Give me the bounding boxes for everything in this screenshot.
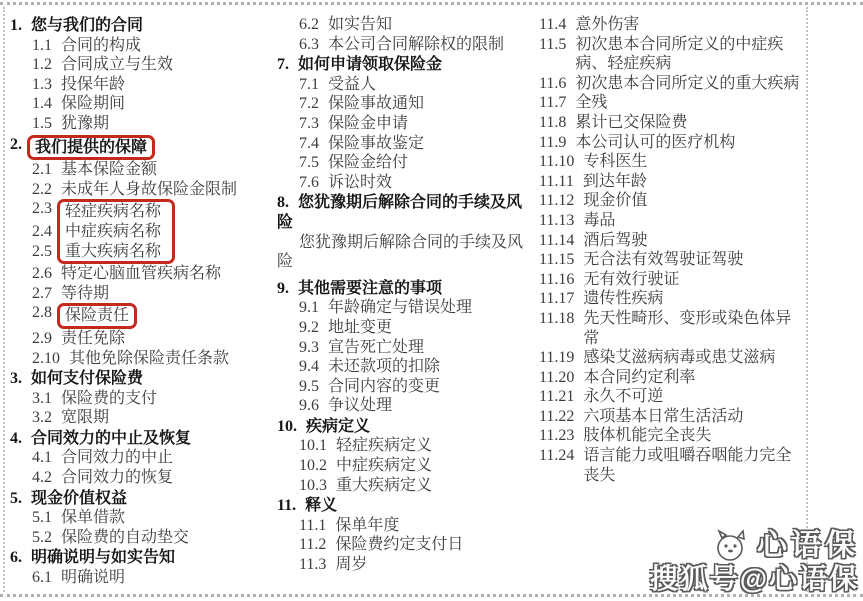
toc-item-text: 您与我们的合同 bbox=[31, 16, 277, 36]
toc-item-number: 1.1 bbox=[32, 36, 52, 56]
toc-item-number: 2.4 bbox=[32, 222, 52, 242]
toc-item-text: 您犹豫期后解除合同的手续及风险 bbox=[277, 234, 523, 271]
toc-section-header: 6.明确说明与如实告知 bbox=[10, 548, 277, 568]
toc-section-header: 1.您与我们的合同 bbox=[10, 16, 277, 36]
toc-item-number: 11.20 bbox=[539, 368, 574, 388]
toc-item-number: 10.3 bbox=[299, 476, 327, 496]
toc-item-text: 无有效行驶证 bbox=[583, 270, 803, 290]
toc-item-number: 7.4 bbox=[299, 134, 319, 154]
toc-item-text: 合同成立与生效 bbox=[61, 55, 277, 75]
toc-item-number: 11.19 bbox=[539, 348, 574, 368]
toc-item: 4.2合同效力的恢复 bbox=[10, 468, 277, 488]
toc-item-number: 2.5 bbox=[32, 242, 52, 262]
toc-section-header: 9.其他需要注意的事项 bbox=[277, 279, 537, 299]
toc-item-number: 7.5 bbox=[299, 153, 319, 173]
toc-item-text: 酒后驾驶 bbox=[583, 231, 803, 251]
toc-item-number: 5.2 bbox=[32, 528, 52, 548]
page-border-right bbox=[806, 7, 808, 592]
toc-item-number: 5. bbox=[10, 489, 22, 509]
toc-item-text: 专科医生 bbox=[583, 152, 803, 172]
toc-item-number: 11.22 bbox=[539, 407, 574, 427]
toc-item: 3.2宽限期 bbox=[10, 408, 277, 428]
toc-section-header: 5.现金价值权益 bbox=[10, 489, 277, 509]
toc-item-text: 其他需要注意的事项 bbox=[298, 279, 537, 299]
toc-item-text: 现金价值 bbox=[583, 191, 803, 211]
toc-item-text: 疾病定义 bbox=[306, 417, 537, 437]
toc-item-text: 合同效力的恢复 bbox=[61, 468, 277, 488]
toc-item-text: 先天性畸形、变形或染色体异常 bbox=[583, 309, 803, 348]
toc-item-number: 8. bbox=[277, 194, 289, 211]
toc-item: 11.22六项基本日常生活活动 bbox=[537, 407, 803, 427]
toc-item: 9.2地址变更 bbox=[277, 318, 537, 338]
toc-item-number: 11.13 bbox=[539, 211, 574, 231]
toc-item-text: 如何支付保险费 bbox=[31, 369, 277, 389]
toc-item-number: 1.5 bbox=[32, 114, 52, 134]
toc-item-text: 初次患本合同所定义的重大疾病 bbox=[575, 74, 803, 94]
toc-paragraph: 您犹豫期后解除合同的手续及风险 bbox=[277, 233, 537, 272]
toc-item-text-highlighted: 我们提供的保障 bbox=[27, 135, 155, 161]
toc-section-header: 7.如何申请领取保险金 bbox=[277, 55, 537, 75]
toc-item: 3.1保险费的支付 bbox=[10, 389, 277, 409]
toc-item: 9.4未还款项的扣除 bbox=[277, 357, 537, 377]
toc-item-text: 等待期 bbox=[61, 284, 277, 304]
toc-item-number: 7. bbox=[277, 55, 289, 75]
toc-item-text: 初次患本合同所定义的中症疾病、轻症疾病 bbox=[575, 35, 803, 74]
watermark-brand-text: 心语保 bbox=[757, 531, 859, 561]
page-border-top bbox=[0, 2, 863, 5]
toc-column-1: 1.您与我们的合同1.1合同的构成1.2合同成立与生效1.3投保年龄1.4保险期… bbox=[10, 15, 277, 588]
toc-item-number: 2.2 bbox=[32, 180, 52, 200]
toc-item: 2.5重大疾病名称 bbox=[10, 242, 277, 265]
toc-item: 1.2合同成立与生效 bbox=[10, 55, 277, 75]
toc-item-number: 7.1 bbox=[299, 75, 319, 95]
toc-item-text: 如实告知 bbox=[328, 15, 537, 35]
toc-item-text: 特定心脑血管疾病名称 bbox=[61, 264, 277, 284]
toc-item-number: 11.8 bbox=[539, 113, 566, 133]
toc-item-number: 11.3 bbox=[299, 555, 326, 575]
toc-item-text: 累计已交保险费 bbox=[575, 113, 803, 133]
toc-item-number: 10. bbox=[277, 417, 297, 437]
toc-item-text: 未还款项的扣除 bbox=[328, 357, 537, 377]
toc-item-number: 11.16 bbox=[539, 270, 574, 290]
toc-item-number: 11.24 bbox=[539, 446, 574, 466]
toc-item-number: 9.1 bbox=[299, 298, 319, 318]
toc-item-number: 1.3 bbox=[32, 75, 52, 95]
toc-item: 2.1基本保险金额 bbox=[10, 160, 277, 180]
toc-item: 2.7等待期 bbox=[10, 284, 277, 304]
toc-item-number: 11.10 bbox=[539, 152, 574, 172]
toc-item-number: 9.3 bbox=[299, 338, 319, 358]
toc-item-text: 保险费的自动垫交 bbox=[61, 528, 277, 548]
toc-item-number: 2. bbox=[10, 135, 22, 155]
toc-item-number: 9.5 bbox=[299, 377, 319, 397]
toc-item: 6.2如实告知 bbox=[277, 15, 537, 35]
toc-item-text: 中症疾病定义 bbox=[336, 456, 537, 476]
toc-item: 11.5初次患本合同所定义的中症疾病、轻症疾病 bbox=[537, 35, 803, 74]
toc-column-2: 6.2如实告知6.3本公司合同解除权的限制7.如何申请领取保险金7.1受益人7.… bbox=[277, 15, 537, 588]
toc-item-number: 3.2 bbox=[32, 408, 52, 428]
toc-item: 1.1合同的构成 bbox=[10, 36, 277, 56]
toc-item-text: 合同的构成 bbox=[61, 36, 277, 56]
toc-item-text: 保单借款 bbox=[61, 508, 277, 528]
toc-item-text: 本公司认可的医疗机构 bbox=[575, 133, 803, 153]
watermark-source-text: 搜狐号@心语保 bbox=[650, 563, 859, 595]
toc-item: 2.2未成年人身故保险金限制 bbox=[10, 180, 277, 200]
toc-item-number: 9.4 bbox=[299, 357, 319, 377]
toc-item-number: 11.7 bbox=[539, 93, 566, 113]
toc-item: 11.14酒后驾驶 bbox=[537, 231, 803, 251]
toc-item-number: 7.3 bbox=[299, 114, 319, 134]
toc-item-number: 11.23 bbox=[539, 426, 574, 446]
toc-item-text: 保险金申请 bbox=[328, 114, 537, 134]
toc-item-text: 保险费的支付 bbox=[61, 389, 277, 409]
toc-item-number: 11. bbox=[277, 496, 296, 516]
toc-section-header: 4.合同效力的中止及恢复 bbox=[10, 429, 277, 449]
toc-item-number: 6.1 bbox=[32, 568, 52, 588]
toc-item-text: 全残 bbox=[575, 93, 803, 113]
toc-item-text: 争议处理 bbox=[328, 396, 537, 416]
toc-item-text: 意外伤害 bbox=[575, 15, 803, 35]
toc-item-number: 2.8 bbox=[32, 303, 52, 323]
toc-item-number: 11.4 bbox=[539, 15, 566, 35]
toc-item: 7.4保险事故鉴定 bbox=[277, 134, 537, 154]
toc-item: 11.16无有效行驶证 bbox=[537, 270, 803, 290]
table-of-contents: 1.您与我们的合同1.1合同的构成1.2合同成立与生效1.3投保年龄1.4保险期… bbox=[10, 15, 803, 588]
toc-item-text: 责任免除 bbox=[61, 329, 277, 349]
toc-item-text: 保险事故鉴定 bbox=[328, 134, 537, 154]
toc-item-text: 未成年人身故保险金限制 bbox=[61, 180, 277, 200]
toc-item-text: 投保年龄 bbox=[61, 75, 277, 95]
toc-item-text: 明确说明与如实告知 bbox=[31, 548, 277, 568]
toc-item: 11.21永久不可逆 bbox=[537, 387, 803, 407]
toc-item-number: 6.3 bbox=[299, 35, 319, 55]
toc-item: 9.5合同内容的变更 bbox=[277, 377, 537, 397]
toc-item-number: 4. bbox=[10, 429, 22, 449]
toc-item-number: 6.2 bbox=[299, 15, 319, 35]
toc-item-number: 11.15 bbox=[539, 250, 574, 270]
sohu-mascot-icon bbox=[713, 529, 749, 563]
toc-item-number: 1.4 bbox=[32, 94, 52, 114]
toc-item-text: 明确说明 bbox=[61, 568, 277, 588]
toc-item: 11.7全残 bbox=[537, 93, 803, 113]
toc-column-3: 11.4意外伤害11.5初次患本合同所定义的中症疾病、轻症疾病11.6初次患本合… bbox=[537, 15, 803, 588]
toc-item-text: 本合同约定利率 bbox=[583, 368, 803, 388]
toc-item-number: 2.3 bbox=[32, 199, 52, 219]
toc-item: 11.2保险费约定支付日 bbox=[277, 535, 537, 555]
toc-item: 11.6初次患本合同所定义的重大疾病 bbox=[537, 74, 803, 94]
toc-item: 7.2保险事故通知 bbox=[277, 94, 537, 114]
toc-item-number: 3.1 bbox=[32, 389, 52, 409]
toc-item: 11.24语言能力或咀嚼吞咽能力完全丧失 bbox=[537, 446, 803, 485]
toc-item-text: 地址变更 bbox=[328, 318, 537, 338]
toc-item-text: 到达年龄 bbox=[583, 172, 803, 192]
toc-item: 2.6特定心脑血管疾病名称 bbox=[10, 264, 277, 284]
toc-item-number: 2.10 bbox=[32, 349, 60, 369]
toc-item-text: 犹豫期 bbox=[61, 114, 277, 134]
toc-item-text: 保险事故通知 bbox=[328, 94, 537, 114]
toc-item: 1.3投保年龄 bbox=[10, 75, 277, 95]
toc-item-number: 11.5 bbox=[539, 35, 566, 55]
toc-item-number: 2.7 bbox=[32, 284, 52, 304]
toc-item-number: 10.2 bbox=[299, 456, 327, 476]
toc-section-header: 2.我们提供的保障 bbox=[10, 135, 277, 161]
toc-item-number: 2.6 bbox=[32, 264, 52, 284]
toc-item: 11.10专科医生 bbox=[537, 152, 803, 172]
toc-item: 11.19感染艾滋病病毒或患艾滋病 bbox=[537, 348, 803, 368]
toc-item: 5.1保单借款 bbox=[10, 508, 277, 528]
toc-item-text: 保险期间 bbox=[61, 94, 277, 114]
toc-item: 11.9本公司认可的医疗机构 bbox=[537, 133, 803, 153]
toc-item-number: 9.2 bbox=[299, 318, 319, 338]
toc-item-text: 合同效力的中止及恢复 bbox=[31, 429, 277, 449]
toc-item-text-highlighted: 保险责任 bbox=[57, 303, 137, 329]
toc-item-number: 5.1 bbox=[32, 508, 52, 528]
toc-item-number: 7.2 bbox=[299, 94, 319, 114]
toc-item: 4.1合同效力的中止 bbox=[10, 448, 277, 468]
toc-item: 7.1受益人 bbox=[277, 75, 537, 95]
toc-item: 7.5保险金给付 bbox=[277, 153, 537, 173]
toc-item-text: 本公司合同解除权的限制 bbox=[328, 35, 537, 55]
toc-item-text: 其他免除保险责任条款 bbox=[69, 349, 277, 369]
toc-item: 10.1轻症疾病定义 bbox=[277, 436, 537, 456]
toc-item-text: 基本保险金额 bbox=[61, 160, 277, 180]
toc-item-text: 遗传性疾病 bbox=[583, 289, 803, 309]
toc-item-number: 6. bbox=[10, 548, 22, 568]
toc-item-number: 11.2 bbox=[299, 535, 326, 555]
toc-item: 9.3宣告死亡处理 bbox=[277, 338, 537, 358]
toc-section-header: 10.疾病定义 bbox=[277, 417, 537, 437]
toc-item-text: 如何申请领取保险金 bbox=[298, 55, 537, 75]
toc-item-text: 重大疾病定义 bbox=[336, 476, 537, 496]
watermark-brand-row: 心语保 bbox=[650, 529, 859, 563]
toc-item-text: 宽限期 bbox=[61, 408, 277, 428]
toc-item: 5.2保险费的自动垫交 bbox=[10, 528, 277, 548]
toc-item: 2.8保险责任 bbox=[10, 303, 277, 329]
toc-item-text: 感染艾滋病病毒或患艾滋病 bbox=[583, 348, 803, 368]
toc-item-text: 释义 bbox=[305, 496, 537, 516]
toc-item: 2.4中症疾病名称 bbox=[10, 222, 277, 242]
toc-item: 11.20本合同约定利率 bbox=[537, 368, 803, 388]
toc-item-number: 3. bbox=[10, 369, 22, 389]
toc-item-text: 诉讼时效 bbox=[328, 173, 537, 193]
toc-item-text: 周岁 bbox=[335, 555, 537, 575]
toc-item: 9.6争议处理 bbox=[277, 396, 537, 416]
toc-item-number: 1.2 bbox=[32, 55, 52, 75]
toc-item: 10.2中症疾病定义 bbox=[277, 456, 537, 476]
toc-item: 11.18先天性畸形、变形或染色体异常 bbox=[537, 309, 803, 348]
toc-item-text: 无合法有效驾驶证驾驶 bbox=[583, 250, 803, 270]
toc-item-text: 宣告死亡处理 bbox=[328, 338, 537, 358]
toc-item: 6.1明确说明 bbox=[10, 568, 277, 588]
toc-item-number: 2.1 bbox=[32, 160, 52, 180]
toc-item: 11.11到达年龄 bbox=[537, 172, 803, 192]
toc-item: 2.3轻症疾病名称 bbox=[10, 199, 277, 222]
toc-item-number: 11.14 bbox=[539, 231, 574, 251]
toc-item-number: 9.6 bbox=[299, 396, 319, 416]
toc-item: 11.15无合法有效驾驶证驾驶 bbox=[537, 250, 803, 270]
toc-item: 11.4意外伤害 bbox=[537, 15, 803, 35]
toc-item: 11.12现金价值 bbox=[537, 191, 803, 211]
toc-item-number: 10.1 bbox=[299, 436, 327, 456]
toc-item-number: 4.2 bbox=[32, 468, 52, 488]
toc-item-number: 7.6 bbox=[299, 173, 319, 193]
toc-item-text: 永久不可逆 bbox=[583, 387, 803, 407]
toc-item: 1.5犹豫期 bbox=[10, 114, 277, 134]
toc-item: 11.17遗传性疾病 bbox=[537, 289, 803, 309]
toc-item-text: 保险金给付 bbox=[328, 153, 537, 173]
toc-item-text: 合同内容的变更 bbox=[328, 377, 537, 397]
toc-item-number: 11.21 bbox=[539, 387, 574, 407]
toc-item-number: 11.6 bbox=[539, 74, 566, 94]
toc-item-text: 年龄确定与错误处理 bbox=[328, 298, 537, 318]
toc-document-page: 1.您与我们的合同1.1合同的构成1.2合同成立与生效1.3投保年龄1.4保险期… bbox=[0, 0, 863, 601]
toc-item: 11.3周岁 bbox=[277, 555, 537, 575]
toc-item: 1.4保险期间 bbox=[10, 94, 277, 114]
toc-item-number: 1. bbox=[10, 16, 22, 36]
toc-item-text: 保单年度 bbox=[335, 516, 537, 536]
toc-item: 10.3重大疾病定义 bbox=[277, 476, 537, 496]
toc-item-text: 轻症疾病定义 bbox=[336, 436, 537, 456]
toc-item-number: 9. bbox=[277, 279, 289, 299]
toc-item-text: 现金价值权益 bbox=[31, 489, 277, 509]
toc-item: 11.8累计已交保险费 bbox=[537, 113, 803, 133]
toc-item-text: 毒品 bbox=[583, 211, 803, 231]
toc-item-text: 您犹豫期后解除合同的手续及风险 bbox=[277, 194, 522, 231]
toc-item: 7.6诉讼时效 bbox=[277, 173, 537, 193]
toc-item-text-highlighted: 轻症疾病名称 bbox=[57, 199, 175, 222]
toc-item: 7.3保险金申请 bbox=[277, 114, 537, 134]
toc-item-number: 2.9 bbox=[32, 329, 52, 349]
toc-item: 11.23肢体机能完全丧失 bbox=[537, 426, 803, 446]
toc-item-text: 六项基本日常生活活动 bbox=[583, 407, 803, 427]
toc-item-number: 11.1 bbox=[299, 516, 326, 536]
toc-item-number: 11.12 bbox=[539, 191, 574, 211]
toc-item: 11.1保单年度 bbox=[277, 516, 537, 536]
toc-item-number: 11.9 bbox=[539, 133, 566, 153]
toc-item: 9.1年龄确定与错误处理 bbox=[277, 298, 537, 318]
toc-item: 11.13毒品 bbox=[537, 211, 803, 231]
toc-item: 6.3本公司合同解除权的限制 bbox=[277, 35, 537, 55]
toc-section-header: 3.如何支付保险费 bbox=[10, 369, 277, 389]
toc-section-header: 11.释义 bbox=[277, 496, 537, 516]
toc-section-header: 8.您犹豫期后解除合同的手续及风险 bbox=[277, 193, 537, 232]
toc-item-text: 保险费约定支付日 bbox=[335, 535, 537, 555]
page-border-left bbox=[3, 7, 5, 592]
toc-item-number: 4.1 bbox=[32, 448, 52, 468]
watermark: 心语保 搜狐号@心语保 bbox=[650, 529, 859, 595]
toc-item-text: 受益人 bbox=[328, 75, 537, 95]
toc-item: 2.10其他免除保险责任条款 bbox=[10, 349, 277, 369]
toc-item-text-highlighted: 重大疾病名称 bbox=[57, 242, 175, 265]
toc-item-text-highlighted: 中症疾病名称 bbox=[57, 222, 175, 242]
toc-item-number: 11.18 bbox=[539, 309, 574, 329]
toc-item-text: 肢体机能完全丧失 bbox=[583, 426, 803, 446]
toc-item-text: 语言能力或咀嚼吞咽能力完全丧失 bbox=[583, 446, 803, 485]
toc-item-number: 11.17 bbox=[539, 289, 574, 309]
toc-item: 2.9责任免除 bbox=[10, 329, 277, 349]
toc-item-number: 11.11 bbox=[539, 172, 574, 192]
toc-item-text: 合同效力的中止 bbox=[61, 448, 277, 468]
